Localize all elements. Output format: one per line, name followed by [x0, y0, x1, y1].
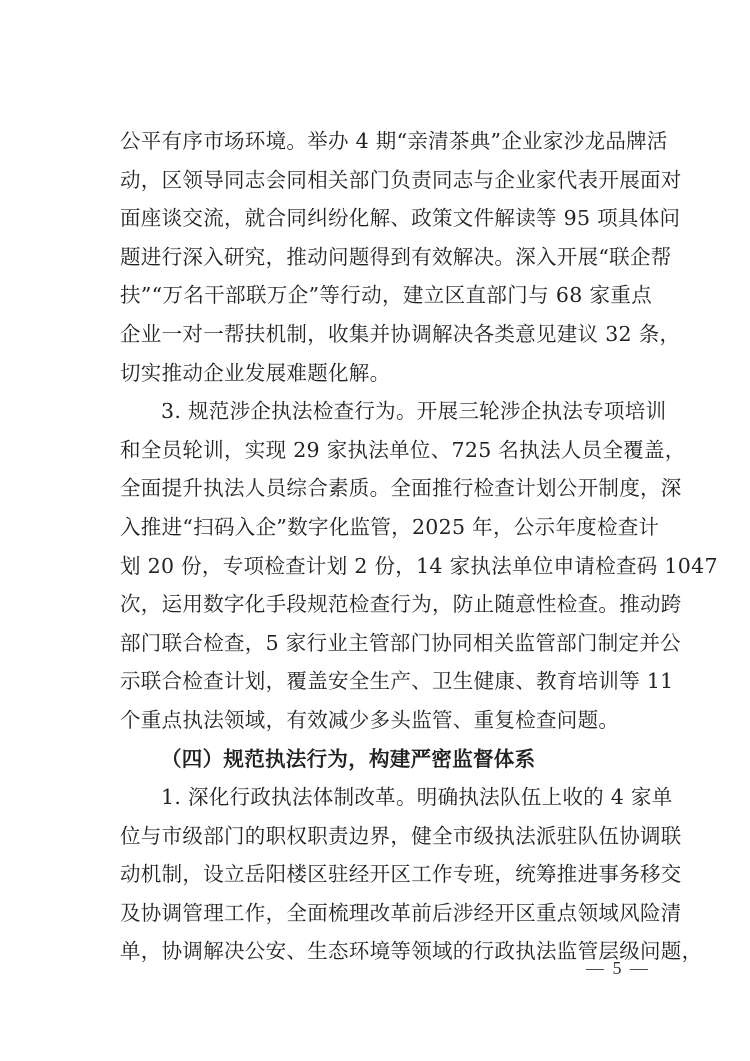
section-heading: （四）规范执法行为，构建严密监督体系	[120, 740, 652, 779]
paragraph-line: 扶”“万名干部联万企”等行动，建立区直部门与 68 家重点	[120, 276, 652, 315]
paragraph-line: 次，运用数字化手段规范检查行为，防止随意性检查。推动跨	[120, 585, 652, 624]
paragraph-line: 示联合检查计划，覆盖安全生产、卫生健康、教育培训等 11	[120, 662, 652, 701]
paragraph-line: 位与市级部门的职权职责边界，健全市级执法派驻队伍协调联	[120, 817, 652, 856]
paragraph-line: 个重点执法领域，有效减少多头监管、重复检查问题。	[120, 701, 652, 740]
paragraph-line: 企业一对一帮扶机制，收集并协调解决各类意见建议 32 条，	[120, 315, 652, 354]
paragraph-line: 面座谈交流，就合同纠纷化解、政策文件解读等 95 项具体问	[120, 199, 652, 238]
paragraph-line: 3. 规范涉企执法检查行为。开展三轮涉企执法专项培训	[120, 392, 652, 431]
paragraph-line: 和全员轮训，实现 29 家执法单位、725 名执法人员全覆盖，	[120, 431, 652, 470]
paragraph-line: 切实推动企业发展难题化解。	[120, 354, 652, 393]
paragraph-line: 全面提升执法人员综合素质。全面推行检查计划公开制度，深	[120, 469, 652, 508]
paragraph-line: 单，协调解决公安、生态环境等领域的行政执法监管层级问题，	[120, 932, 652, 971]
paragraph-line: 公平有序市场环境。举办 4 期“亲清茶典”企业家沙龙品牌活	[120, 122, 652, 161]
paragraph-line: 入推进“扫码入企”数字化监管，2025 年，公示年度检查计	[120, 508, 652, 547]
body-text: 公平有序市场环境。举办 4 期“亲清茶典”企业家沙龙品牌活 动，区领导同志会同相…	[120, 122, 652, 971]
paragraph-line: 题进行深入研究，推动问题得到有效解决。深入开展“联企帮	[120, 238, 652, 277]
paragraph-line: 1. 深化行政执法体制改革。明确执法队伍上收的 4 家单	[120, 778, 652, 817]
paragraph-line: 划 20 份，专项检查计划 2 份，14 家执法单位申请检查码 1047	[120, 547, 652, 586]
page-number: — 5 —	[586, 958, 650, 979]
paragraph-line: 及协调管理工作，全面梳理改革前后涉经开区重点领域风险清	[120, 894, 652, 933]
document-page: 公平有序市场环境。举办 4 期“亲清茶典”企业家沙龙品牌活 动，区领导同志会同相…	[0, 0, 750, 1061]
paragraph-line: 动，区领导同志会同相关部门负责同志与企业家代表开展面对	[120, 161, 652, 200]
paragraph-line: 部门联合检查，5 家行业主管部门协同相关监管部门制定并公	[120, 624, 652, 663]
paragraph-line: 动机制，设立岳阳楼区驻经开区工作专班，统筹推进事务移交	[120, 855, 652, 894]
